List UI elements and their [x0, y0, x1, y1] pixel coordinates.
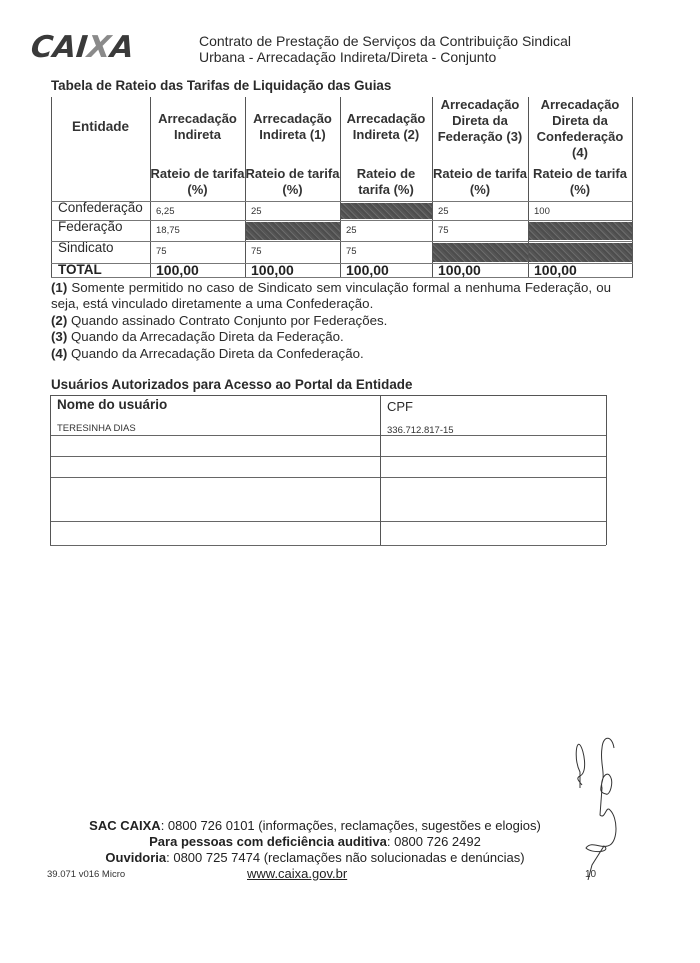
- column-subheader-5: Rateio de tarifa (%): [528, 166, 632, 198]
- table-cell: 75: [251, 246, 262, 257]
- shaded-cell: [529, 222, 632, 240]
- tariff-table-title: Tabela de Rateio das Tarifas de Liquidaç…: [51, 78, 391, 93]
- users-row-rule: [50, 395, 606, 396]
- table-cell: 25: [346, 225, 357, 236]
- page-number: 10: [585, 869, 596, 880]
- table-cell: 75: [438, 225, 449, 236]
- footnotes: (1) Somente permitido no caso de Sindica…: [51, 280, 611, 362]
- name-header: Nome do usuário: [57, 397, 167, 412]
- footnote-text: Quando da Arrecadação Direta da Federaçã…: [67, 329, 343, 344]
- entity-header: Entidade: [51, 119, 150, 135]
- table-cell: 25: [438, 206, 449, 217]
- contact-footer: SAC CAIXA: 0800 726 0101 (informações, r…: [40, 818, 590, 866]
- users-column-rule: [606, 395, 607, 545]
- shaded-cell: [246, 222, 340, 240]
- deaf-line: Para pessoas com deficiência auditiva: 0…: [40, 834, 590, 850]
- footnote-marker: (2): [51, 313, 67, 328]
- sac-label: SAC CAIXA: [89, 818, 161, 833]
- contract-title: Contrato de Prestação de Serviços da Con…: [199, 33, 619, 65]
- column-subheader-4: Rateio de tarifa (%): [432, 166, 528, 198]
- user-cpf-cell: 336.712.817-15: [387, 425, 454, 436]
- ouvidoria-text: : 0800 725 7474 (reclamações não solucio…: [166, 850, 524, 865]
- row-label-confederação: Confederação: [58, 200, 143, 215]
- document-code: 39.071 v016 Micro: [47, 869, 125, 880]
- users-table-title: Usuários Autorizados para Acesso ao Port…: [51, 377, 412, 392]
- table-cell: 6,25: [156, 206, 175, 217]
- footnote-4: (4) Quando da Arrecadação Direta da Conf…: [51, 346, 611, 362]
- column-header-5: Arrecadação Direta da Confederação (4): [528, 97, 632, 161]
- footnote-marker: (4): [51, 346, 67, 361]
- ouvidoria-line: Ouvidoria: 0800 725 7474 (reclamações nã…: [40, 850, 590, 866]
- footnote-marker: (3): [51, 329, 67, 344]
- footnote-text: Quando assinado Contrato Conjunto por Fe…: [67, 313, 387, 328]
- users-row-rule: [50, 435, 606, 436]
- total-label: TOTAL: [58, 262, 102, 277]
- deaf-text: : 0800 726 2492: [387, 834, 481, 849]
- total-value: 100,00: [251, 262, 294, 278]
- column-subheader-1: Rateio de tarifa (%): [150, 166, 245, 198]
- caixa-logo: CAIXA: [29, 30, 136, 66]
- footnote-1: (1) Somente permitido no caso de Sindica…: [51, 280, 611, 313]
- total-value: 100,00: [346, 262, 389, 278]
- contract-title-line-1: Contrato de Prestação de Serviços da Con…: [199, 33, 619, 49]
- users-column-rule: [380, 395, 381, 545]
- table-row-rule: [51, 241, 633, 242]
- website-link[interactable]: www.caixa.gov.br: [247, 866, 347, 881]
- row-label-federação: Federação: [58, 219, 123, 234]
- user-name-cell: TERESINHA DIAS: [57, 423, 136, 434]
- footnote-text: Somente permitido no caso de Sindicato s…: [51, 280, 611, 311]
- table-column-rule: [632, 97, 633, 277]
- table-cell: 18,75: [156, 225, 180, 236]
- table-cell: 100: [534, 206, 550, 217]
- row-label-sindicato: Sindicato: [58, 240, 114, 255]
- column-header-4: Arrecadação Direta da Federação (3): [432, 97, 528, 145]
- sac-text: : 0800 726 0101 (informações, reclamaçõe…: [161, 818, 541, 833]
- users-row-rule: [50, 477, 606, 478]
- column-header-3: Arrecadação Indireta (2): [340, 111, 432, 143]
- column-header-2: Arrecadação Indireta (1): [245, 111, 340, 143]
- users-row-rule: [50, 521, 606, 522]
- footnote-2: (2) Quando assinado Contrato Conjunto po…: [51, 313, 611, 329]
- shaded-cell: [529, 243, 632, 262]
- users-row-rule: [50, 456, 606, 457]
- sac-line: SAC CAIXA: 0800 726 0101 (informações, r…: [40, 818, 590, 834]
- footnote-text: Quando da Arrecadação Direta da Confeder…: [67, 346, 363, 361]
- total-value: 100,00: [156, 262, 199, 278]
- shaded-cell: [341, 203, 432, 219]
- users-table: Nome do usuárioCPFTERESINHA DIAS336.712.…: [50, 395, 606, 545]
- tariff-table: EntidadeArrecadação IndiretaRateio de ta…: [51, 97, 633, 277]
- column-subheader-3: Rateio de tarifa (%): [340, 166, 432, 198]
- table-cell: 25: [251, 206, 262, 217]
- table-row-rule: [51, 220, 633, 221]
- deaf-label: Para pessoas com deficiência auditiva: [149, 834, 387, 849]
- table-cell: 75: [156, 246, 167, 257]
- footnote-marker: (1): [51, 280, 67, 295]
- cpf-header: CPF: [387, 399, 413, 414]
- footnote-3: (3) Quando da Arrecadação Direta da Fede…: [51, 329, 611, 345]
- total-value: 100,00: [534, 262, 577, 278]
- table-cell: 75: [346, 246, 357, 257]
- users-column-rule: [50, 395, 51, 545]
- ouvidoria-label: Ouvidoria: [105, 850, 166, 865]
- contract-title-line-2: Urbana - Arrecadação Indireta/Direta - C…: [199, 49, 619, 65]
- shaded-cell: [433, 243, 528, 262]
- column-header-1: Arrecadação Indireta: [150, 111, 245, 143]
- users-row-rule: [50, 545, 606, 546]
- column-subheader-2: Rateio de tarifa (%): [245, 166, 340, 198]
- total-value: 100,00: [438, 262, 481, 278]
